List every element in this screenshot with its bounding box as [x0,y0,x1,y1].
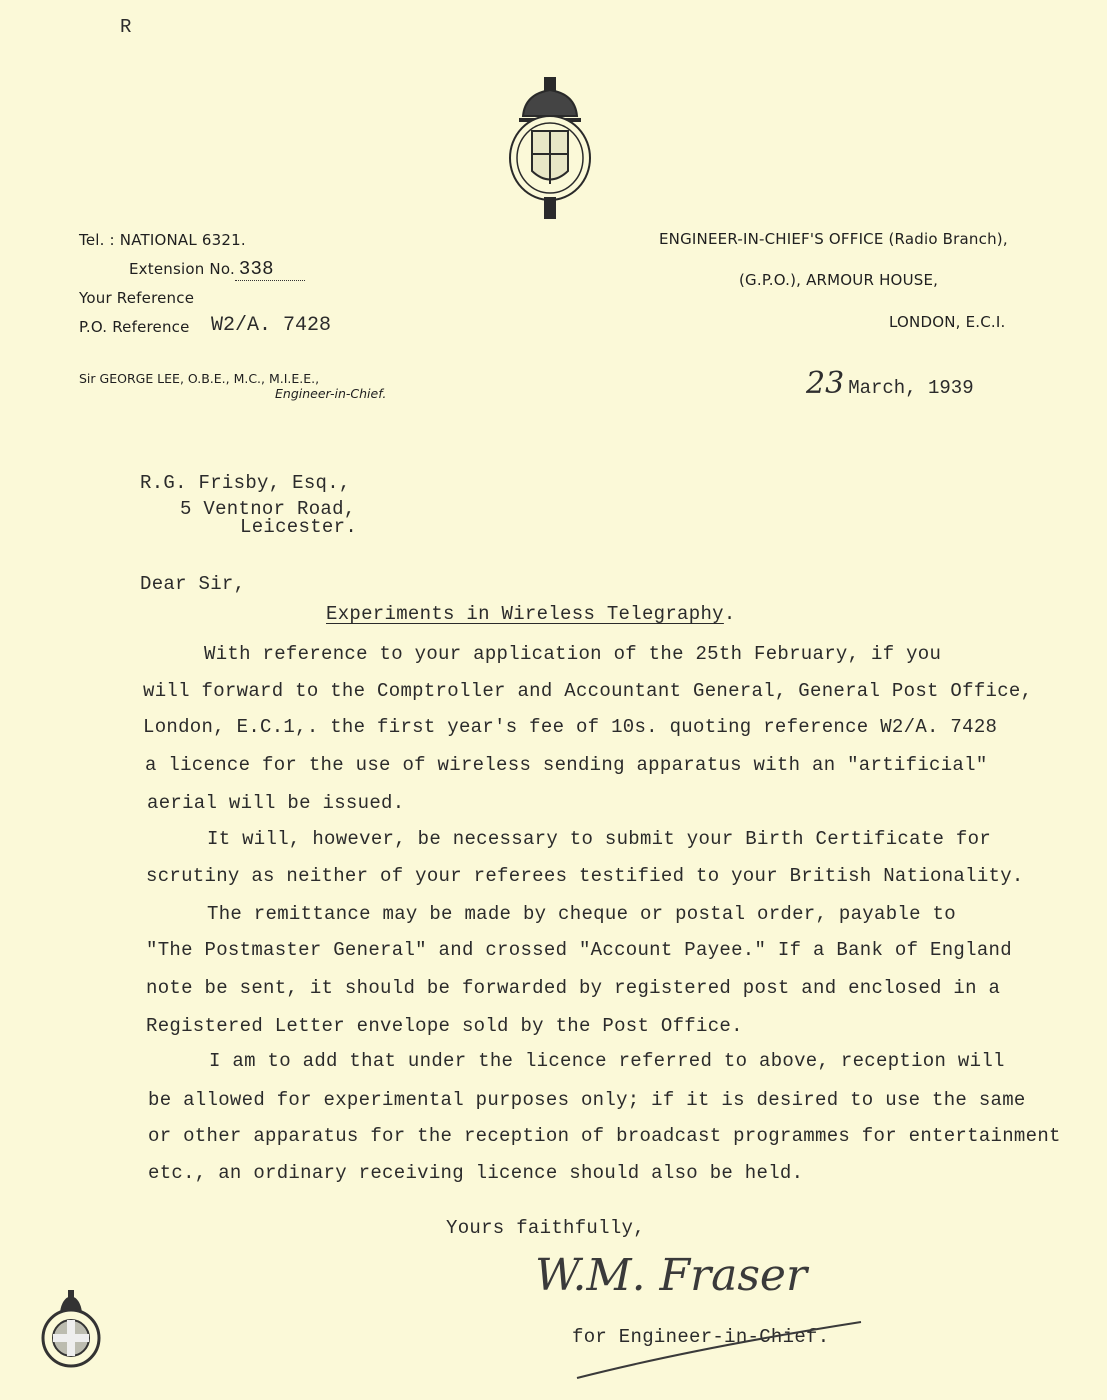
body-line: I am to add that under the licence refer… [209,1050,1005,1072]
subject-end: . [724,603,736,625]
office-line-3: LONDON, E.C.I. [889,313,1005,331]
extension-label: Extension No. [129,260,235,278]
body-line: be allowed for experimental purposes onl… [148,1089,1026,1111]
extension-field: Extension No.338 [129,258,305,281]
your-reference-label: Your Reference [79,289,194,307]
body-line: "The Postmaster General" and crossed "Ac… [146,939,1012,961]
subject-text: Experiments in Wireless Telegraphy [326,603,724,625]
body-line: etc., an ordinary receiving licence shou… [148,1162,803,1184]
date-day-handwritten: 23 [806,366,844,401]
body-line: With reference to your application of th… [204,643,941,665]
body-line: scrutiny as neither of your referees tes… [146,865,1024,887]
signature-strike-line [575,1318,865,1388]
officer-name: Sir GEORGE LEE, O.B.E., M.C., M.I.E.E., [79,371,319,386]
body-line: aerial will be issued. [147,792,404,814]
addressee-name: R.G. Frisby, Esq., [140,472,351,494]
body-line: It will, however, be necessary to submit… [207,828,991,850]
body-line: Registered Letter envelope sold by the P… [146,1015,743,1037]
body-line: note be sent, it should be forwarded by … [146,977,1000,999]
subject-heading: Experiments in Wireless Telegraphy. [326,603,736,625]
disabled-men-badge-icon [40,1290,102,1372]
office-line-2: (G.P.O.), ARMOUR HOUSE, [739,271,938,289]
corner-mark: R [120,16,131,38]
closing: Yours faithfully, [446,1217,645,1239]
extension-value: 338 [239,258,274,280]
letter-date: 23 March, 1939 [806,366,974,401]
addressee-city: Leicester. [240,516,357,538]
body-line: The remittance may be made by cheque or … [207,903,956,925]
body-line: London, E.C.1,. the first year's fee of … [143,716,997,738]
po-reference-label: P.O. Reference [79,318,190,336]
po-reference-value: W2/A. 7428 [211,314,331,337]
telephone-number: Tel. : NATIONAL 6321. [79,231,246,249]
salutation: Dear Sir, [140,573,245,595]
office-line-1: ENGINEER-IN-CHIEF'S OFFICE (Radio Branch… [659,230,1008,248]
date-month-year: March, 1939 [848,377,973,399]
signature: W.M. Fraser [535,1250,807,1301]
body-line: a licence for the use of wireless sendin… [145,754,988,776]
officer-title: Engineer-in-Chief. [275,386,386,401]
body-line: will forward to the Comptroller and Acco… [143,680,1032,702]
royal-crest-icon [505,76,595,221]
body-line: or other apparatus for the reception of … [148,1125,1061,1147]
